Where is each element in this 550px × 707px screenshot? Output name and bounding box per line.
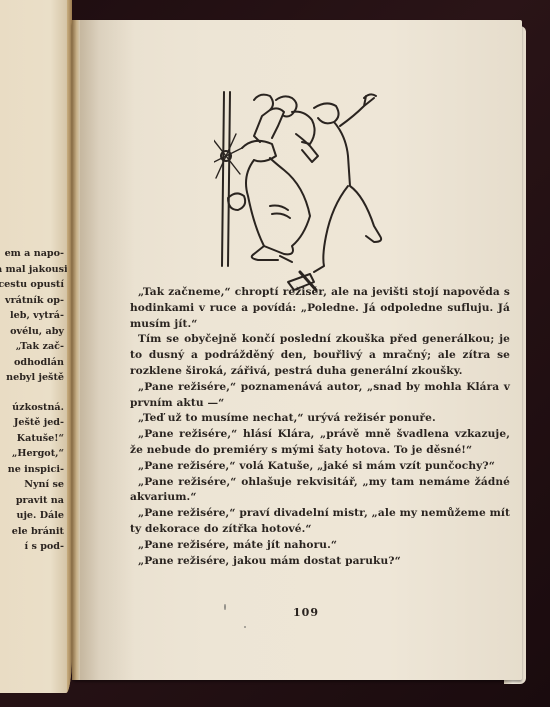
- text-line: ne inspici-: [0, 462, 64, 478]
- paper-speck: [224, 604, 226, 610]
- text-line: odhodlán: [0, 355, 64, 371]
- text-line: ele bránit: [0, 524, 64, 540]
- text-line: nebyl ještě: [0, 370, 64, 386]
- paragraph: „Teď už to musíme nechat,“ urývá režisér…: [130, 411, 510, 427]
- text-line: í s pod-: [0, 539, 64, 555]
- text-line: leb, vytrá-: [0, 308, 64, 324]
- paragraph: „Tak začneme,“ chroptí režisér, ale na j…: [130, 285, 510, 332]
- page-number: 109: [276, 606, 336, 619]
- paper-speck: [244, 626, 246, 628]
- text-line: úzkostná.: [0, 400, 64, 416]
- illustration-stagehands-icon: [214, 86, 384, 296]
- text-line: Katuše!“: [0, 431, 64, 447]
- paragraph: „Pane režisére,“ ohlašuje rekvisitář, „m…: [130, 475, 510, 507]
- text-line: uje. Dále: [0, 508, 64, 524]
- text-line: „Hergot,“: [0, 446, 64, 462]
- text-line: „Tak zač-: [0, 339, 64, 355]
- spine-shadow: [80, 20, 135, 680]
- body-text: „Tak začneme,“ chroptí režisér, ale na j…: [130, 285, 510, 569]
- text-line: Nyní se: [0, 477, 64, 493]
- text-line: vrátník op-: [0, 293, 64, 309]
- paragraph: „Pane režisére,“ volá Katuše, „jaké si m…: [130, 459, 510, 475]
- paragraph: „Pane režisére, máte jít nahoru.“: [130, 538, 510, 554]
- left-page-text: em a napo- a mal jakousi cestu opustí vr…: [0, 246, 64, 555]
- book-gutter: [72, 20, 80, 680]
- text-line: ovélu, aby: [0, 324, 64, 340]
- text-line: em a napo-: [0, 246, 64, 262]
- text-line: pravit na: [0, 493, 64, 509]
- paragraph: „Pane režisére,“ poznamenává autor, „sna…: [130, 380, 510, 412]
- text-line: Ještě jed-: [0, 415, 64, 431]
- paragraph: „Pane režisére,“ hlásí Klára, „právě mně…: [130, 427, 510, 459]
- paragraph: „Pane režisére,“ praví divadelní mistr, …: [130, 506, 510, 538]
- right-page: „Tak začneme,“ chroptí režisér, ale na j…: [72, 20, 522, 680]
- paragraph: „Pane režisére, jakou mám dostat paruku?…: [130, 554, 510, 570]
- right-page-block: „Tak začneme,“ chroptí režisér, ale na j…: [58, 20, 536, 682]
- paragraph: Tím se obyčejně končí poslední zkouška p…: [130, 332, 510, 379]
- text-line: cestu opustí: [0, 277, 64, 293]
- text-line: a mal jakousi: [0, 262, 64, 278]
